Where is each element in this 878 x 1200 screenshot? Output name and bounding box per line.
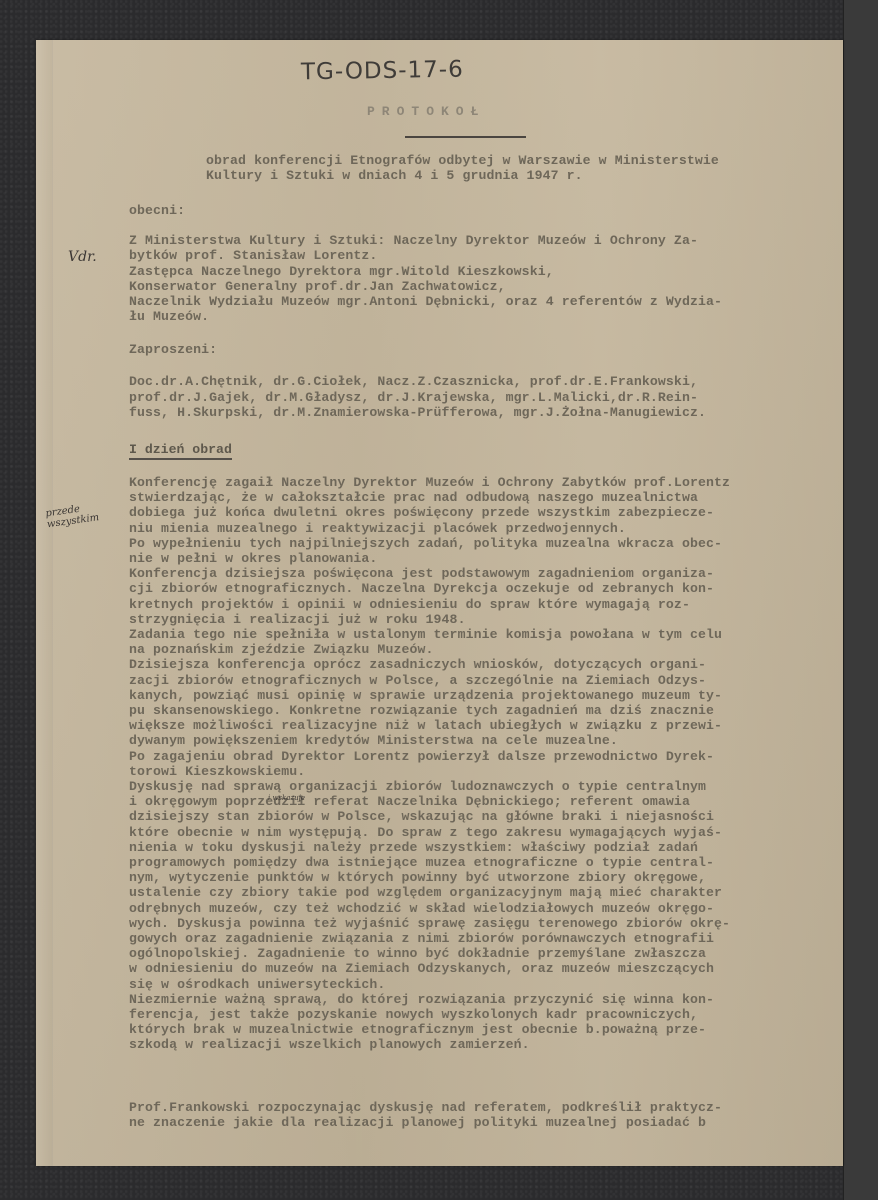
closing-line-2: ne znaczenie jakie dla realizacji planow…: [129, 1115, 706, 1130]
present-line-6: łu Muzeów.: [129, 309, 209, 324]
body-line: zacji zbiorów etnograficznych w Polsce, …: [129, 673, 706, 688]
body-line: strzygnięcia i realizacji już w roku 194…: [129, 612, 466, 627]
invited-line-1: Doc.dr.A.Chętnik, dr.G.Ciołek, Nacz.Z.Cz…: [129, 374, 698, 389]
body-line: cji zbiorów etnograficznych. Naczelna Dy…: [129, 581, 714, 596]
document-title: PROTOKOŁ: [367, 104, 485, 119]
invited-line-2: prof.dr.J.Gajek, dr.M.Gładysz, dr.J.Kraj…: [129, 390, 698, 405]
body-line: stwierdzając, że w całokształcie prac na…: [129, 490, 698, 505]
body-line: których brak w muzealnictwie etnograficz…: [129, 1022, 706, 1037]
body-line: Zadania tego nie spełniła w ustalonym te…: [129, 627, 722, 642]
archive-signature: TG-ODS-17-6: [301, 57, 464, 86]
body-line: większe możliwości realizacyjne niż w la…: [129, 718, 722, 733]
scanner-edge-strip: [843, 0, 878, 1200]
present-label: obecni:: [129, 203, 185, 218]
body-line: programowych pomiędzy dwa istniejące muz…: [129, 855, 714, 870]
body-line: na poznańskim zjeździe Związku Muzeów.: [129, 642, 434, 657]
subtitle-line-1: obrad konferencji Etnografów odbytej w W…: [206, 153, 719, 168]
invited-line-3: fuss, H.Skurpski, dr.M.Znamierowska-Prüf…: [129, 405, 706, 420]
subtitle-line-2: Kultury i Sztuki w dniach 4 i 5 grudnia …: [206, 168, 583, 183]
body-line: dzisiejszy stan zbiorów w Polsce, wskazu…: [129, 809, 714, 824]
body-line: nym, wytyczenie punktów w których powinn…: [129, 870, 706, 885]
body-line: Dyskusję nad sprawą organizacji zbiorów …: [129, 779, 706, 794]
present-line-5: Naczelnik Wydziału Muzeów mgr.Antoni Dęb…: [129, 294, 722, 309]
margin-note-przede-wszystkim: przede wszystkim: [45, 500, 111, 531]
present-line-1: Z Ministerstwa Kultury i Sztuki: Naczeln…: [129, 233, 698, 248]
paper-fold: [36, 40, 53, 1166]
body-line: nie w pełni w okres planowania.: [129, 551, 377, 566]
body-line: pu skansenowskiego. Konkretne rozwiązani…: [129, 703, 714, 718]
body-line: Po zagajeniu obrad Dyrektor Lorentz powi…: [129, 749, 714, 764]
body-line: się w ośrodkach uniwersyteckich.: [129, 977, 385, 992]
body-line: które obecnie w nim występują. Do spraw …: [129, 825, 722, 840]
section-heading-day-1: I dzień obrad: [129, 442, 232, 460]
body-line: odrębnych muzeów, czy też wchodzić w skł…: [129, 901, 714, 916]
body-line: kretnych projektów i opinii w odniesieni…: [129, 597, 690, 612]
body-line: gowych oraz zagadnienie związania z nimi…: [129, 931, 714, 946]
body-line: niu mienia muzealnego i reaktywizacji pl…: [129, 521, 626, 536]
margin-note-vdr: Vdr.: [68, 249, 97, 265]
body-line: ogólnopolskiej. Zagadnienie to winno być…: [129, 946, 706, 961]
body-line: szkodą w realizacji wszelkich planowych …: [129, 1037, 530, 1052]
closing-line-1: Prof.Frankowski rozpoczynając dyskusję n…: [129, 1100, 722, 1115]
body-line: Dzisiejsza konferencja oprócz zasadniczy…: [129, 657, 706, 672]
body-line: torowi Kieszkowskiemu.: [129, 764, 305, 779]
body-line: Konferencja dzisiejsza poświęcona jest p…: [129, 566, 714, 581]
body-line: ferencja, jest także pozyskanie nowych w…: [129, 1007, 698, 1022]
title-underline: [405, 136, 526, 138]
body-line: Konferencję zagaił Naczelny Dyrektor Muz…: [129, 475, 730, 490]
document-page: TG-ODS-17-6 PROTOKOŁ obrad konferencji E…: [36, 40, 843, 1166]
body-line: w odniesieniu do muzeów na Ziemiach Odzy…: [129, 961, 714, 976]
present-line-4: Konserwator Generalny prof.dr.Jan Zachwa…: [129, 279, 506, 294]
body-line: Niezmiernie ważną sprawą, do której rozw…: [129, 992, 714, 1007]
body-line: ustalenie czy zbiory takie pod względem …: [129, 885, 722, 900]
body-line: i okręgowym poprzedził referat Naczelnik…: [129, 794, 690, 809]
margin-note-i-wskazuje: i wskazuje: [268, 794, 305, 802]
present-line-3: Zastępca Naczelnego Dyrektora mgr.Witold…: [129, 264, 554, 279]
present-line-2: bytków prof. Stanisław Lorentz.: [129, 248, 377, 263]
body-line: wych. Dyskusja powinna też wyjaśnić spra…: [129, 916, 730, 931]
body-line: Po wypełnieniu tych najpilniejszych zada…: [129, 536, 722, 551]
body-line: kanych, powziąć musi opinię w sprawie ur…: [129, 688, 722, 703]
body-line: nienia w toku dyskusji należy przede wsz…: [129, 840, 698, 855]
body-line: dobiega już końca dwuletni okres poświęc…: [129, 505, 714, 520]
body-line: dywanym powiększeniem kredytów Ministers…: [129, 733, 618, 748]
invited-label: Zaproszeni:: [129, 342, 217, 357]
